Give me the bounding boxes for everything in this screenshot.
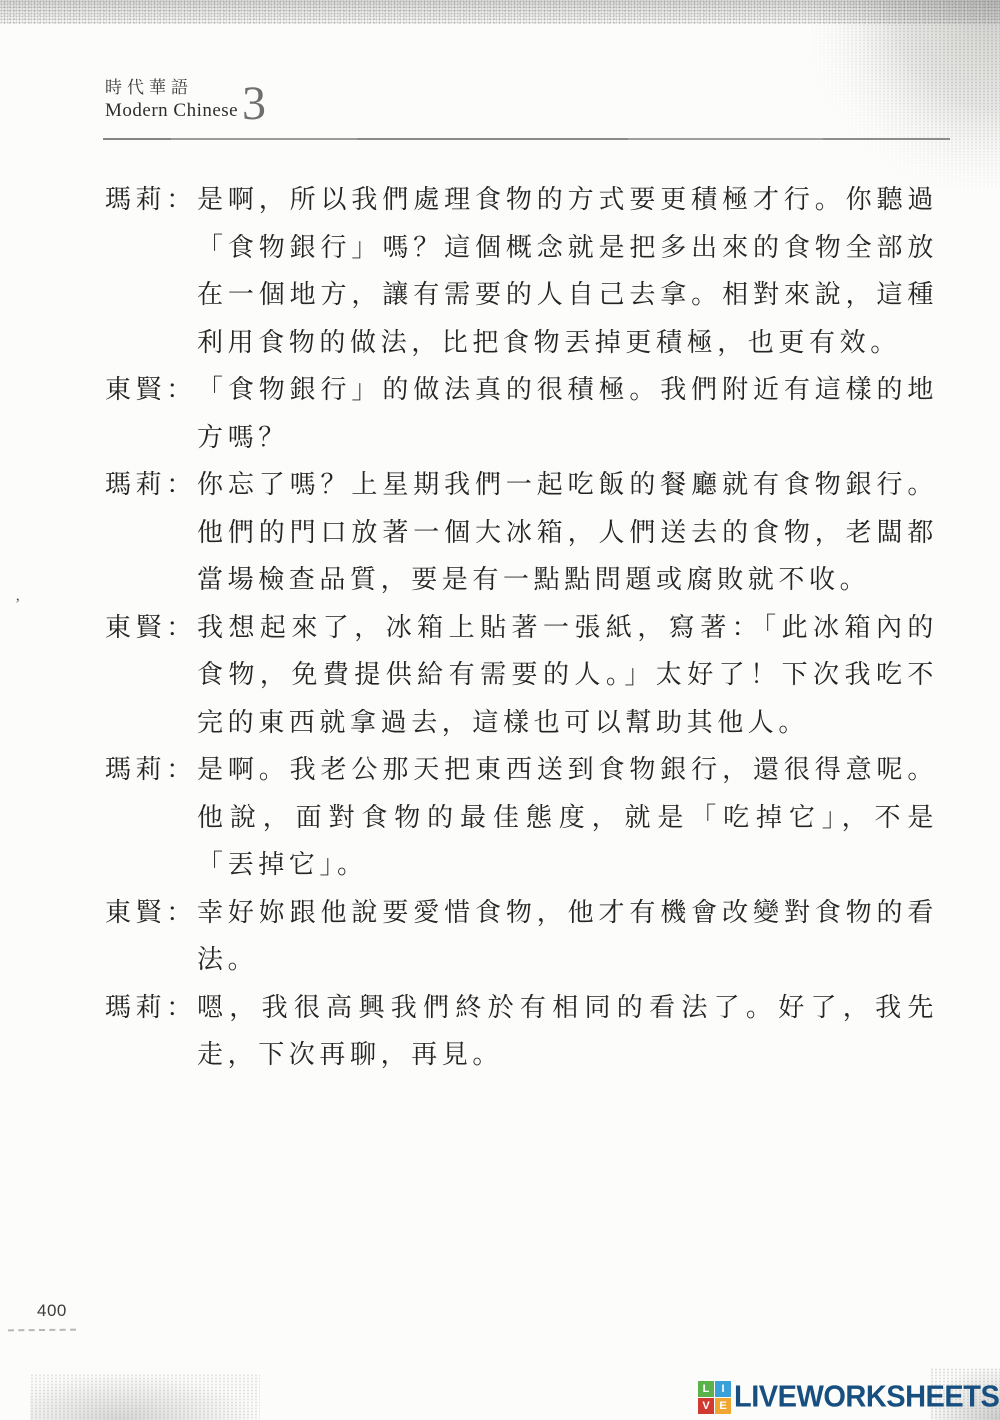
dialogue-line: 你忘了嗎？上星期我們一起吃飯的餐廳就有食物銀行。 (197, 461, 938, 509)
speaker-name: 東賢： (105, 604, 197, 652)
dialogue-turn: 東賢：幸好妳跟他說要愛惜食物，他才有機會改變對食物的看法。 (105, 889, 938, 984)
logo-letter-square-i: I (715, 1381, 731, 1397)
dialogue-line: 在一個地方，讓有需要的人自己去拿。相對來說，這種 (197, 271, 938, 319)
book-header: 時代華語 Modern Chinese 3 (105, 78, 950, 123)
logo-letter-square-e: E (715, 1398, 731, 1414)
speaker-name: 瑪莉： (105, 461, 197, 509)
dialogue-line: 走，下次再聊，再見。 (197, 1031, 938, 1079)
dialogue-line: 他說，面對食物的最佳態度，就是「吃掉它」，不是 (197, 794, 938, 842)
speaker-name: 東賢： (105, 366, 197, 414)
liveworksheets-logo: LIVE LIVEWORKSHEETS (698, 1381, 999, 1414)
dialogue-line: 「食物銀行」嗎？這個概念就是把多出來的食物全部放 (197, 224, 938, 272)
dialogue-turn: 東賢：「食物銀行」的做法真的很積極。我們附近有這樣的地方嗎？ (105, 366, 938, 461)
dialogue-line: 食物，免費提供給有需要的人。」太好了！下次我吃不 (197, 651, 938, 699)
dialogue-line: 當場檢查品質，要是有一點點問題或腐敗就不收。 (197, 556, 938, 604)
page-number: 400 (37, 1301, 67, 1321)
dialogue-line: 嗯，我很高興我們終於有相同的看法了。好了，我先 (197, 984, 938, 1032)
liveworksheets-logo-icon: LIVE (698, 1381, 731, 1414)
speaker-name: 東賢： (105, 889, 197, 937)
dialogue-line: 法。 (197, 936, 938, 984)
speaker-name: 瑪莉： (105, 176, 197, 224)
dialogue-line: 他們的門口放著一個大冰箱，人們送去的食物，老闆都 (197, 509, 938, 557)
scanned-textbook-page: ’ 時代華語 Modern Chinese 3 瑪莉：是啊，所以我們處理食物的方… (0, 0, 1000, 1420)
stray-scan-mark: ’ (15, 596, 20, 614)
speaker-name: 瑪莉： (105, 984, 197, 1032)
dialogue-line: 是啊，所以我們處理食物的方式要更積極才行。你聽過 (197, 176, 938, 224)
dialogue-turn: 東賢：我想起來了，冰箱上貼著一張紙，寫著：「此冰箱內的食物，免費提供給有需要的人… (105, 604, 938, 747)
logo-letter-square-v: V (698, 1398, 714, 1414)
dialogue-turn: 瑪莉：是啊，所以我們處理食物的方式要更積極才行。你聽過「食物銀行」嗎？這個概念就… (105, 176, 938, 366)
scan-noise-bottom-left (30, 1374, 260, 1420)
dialogue-line: 「食物銀行」的做法真的很積極。我們附近有這樣的地 (197, 366, 938, 414)
book-title-chinese: 時代華語 (105, 78, 950, 98)
logo-letter-square-l: L (698, 1381, 714, 1397)
dialogue-line: 幸好妳跟他說要愛惜食物，他才有機會改變對食物的看 (197, 889, 938, 937)
dialogue-turn: 瑪莉：嗯，我很高興我們終於有相同的看法了。好了，我先走，下次再聊，再見。 (105, 984, 938, 1079)
dialogue-line: 利用食物的做法，比把食物丟掉更積極，也更有效。 (197, 319, 938, 367)
page-number-underline (8, 1329, 76, 1332)
header-divider (103, 138, 950, 140)
dialogue-turn: 瑪莉：是啊。我老公那天把東西送到食物銀行，還很得意呢。他說，面對食物的最佳態度，… (105, 746, 938, 889)
book-title-english: Modern Chinese (105, 100, 950, 123)
dialogue: 瑪莉：是啊，所以我們處理食物的方式要更積極才行。你聽過「食物銀行」嗎？這個概念就… (105, 176, 938, 1079)
dialogue-line: 是啊。我老公那天把東西送到食物銀行，還很得意呢。 (197, 746, 938, 794)
liveworksheets-logo-text: LIVEWORKSHEETS (734, 1382, 999, 1412)
speaker-name: 瑪莉： (105, 746, 197, 794)
dialogue-line: 完的東西就拿過去，這樣也可以幫助其他人。 (197, 699, 938, 747)
dialogue-line: 方嗎？ (197, 414, 938, 462)
dialogue-line: 我想起來了，冰箱上貼著一張紙，寫著：「此冰箱內的 (197, 604, 938, 652)
dialogue-line: 「丟掉它」。 (197, 841, 938, 889)
volume-number: 3 (242, 80, 266, 128)
dialogue-turn: 瑪莉：你忘了嗎？上星期我們一起吃飯的餐廳就有食物銀行。他們的門口放著一個大冰箱，… (105, 461, 938, 604)
